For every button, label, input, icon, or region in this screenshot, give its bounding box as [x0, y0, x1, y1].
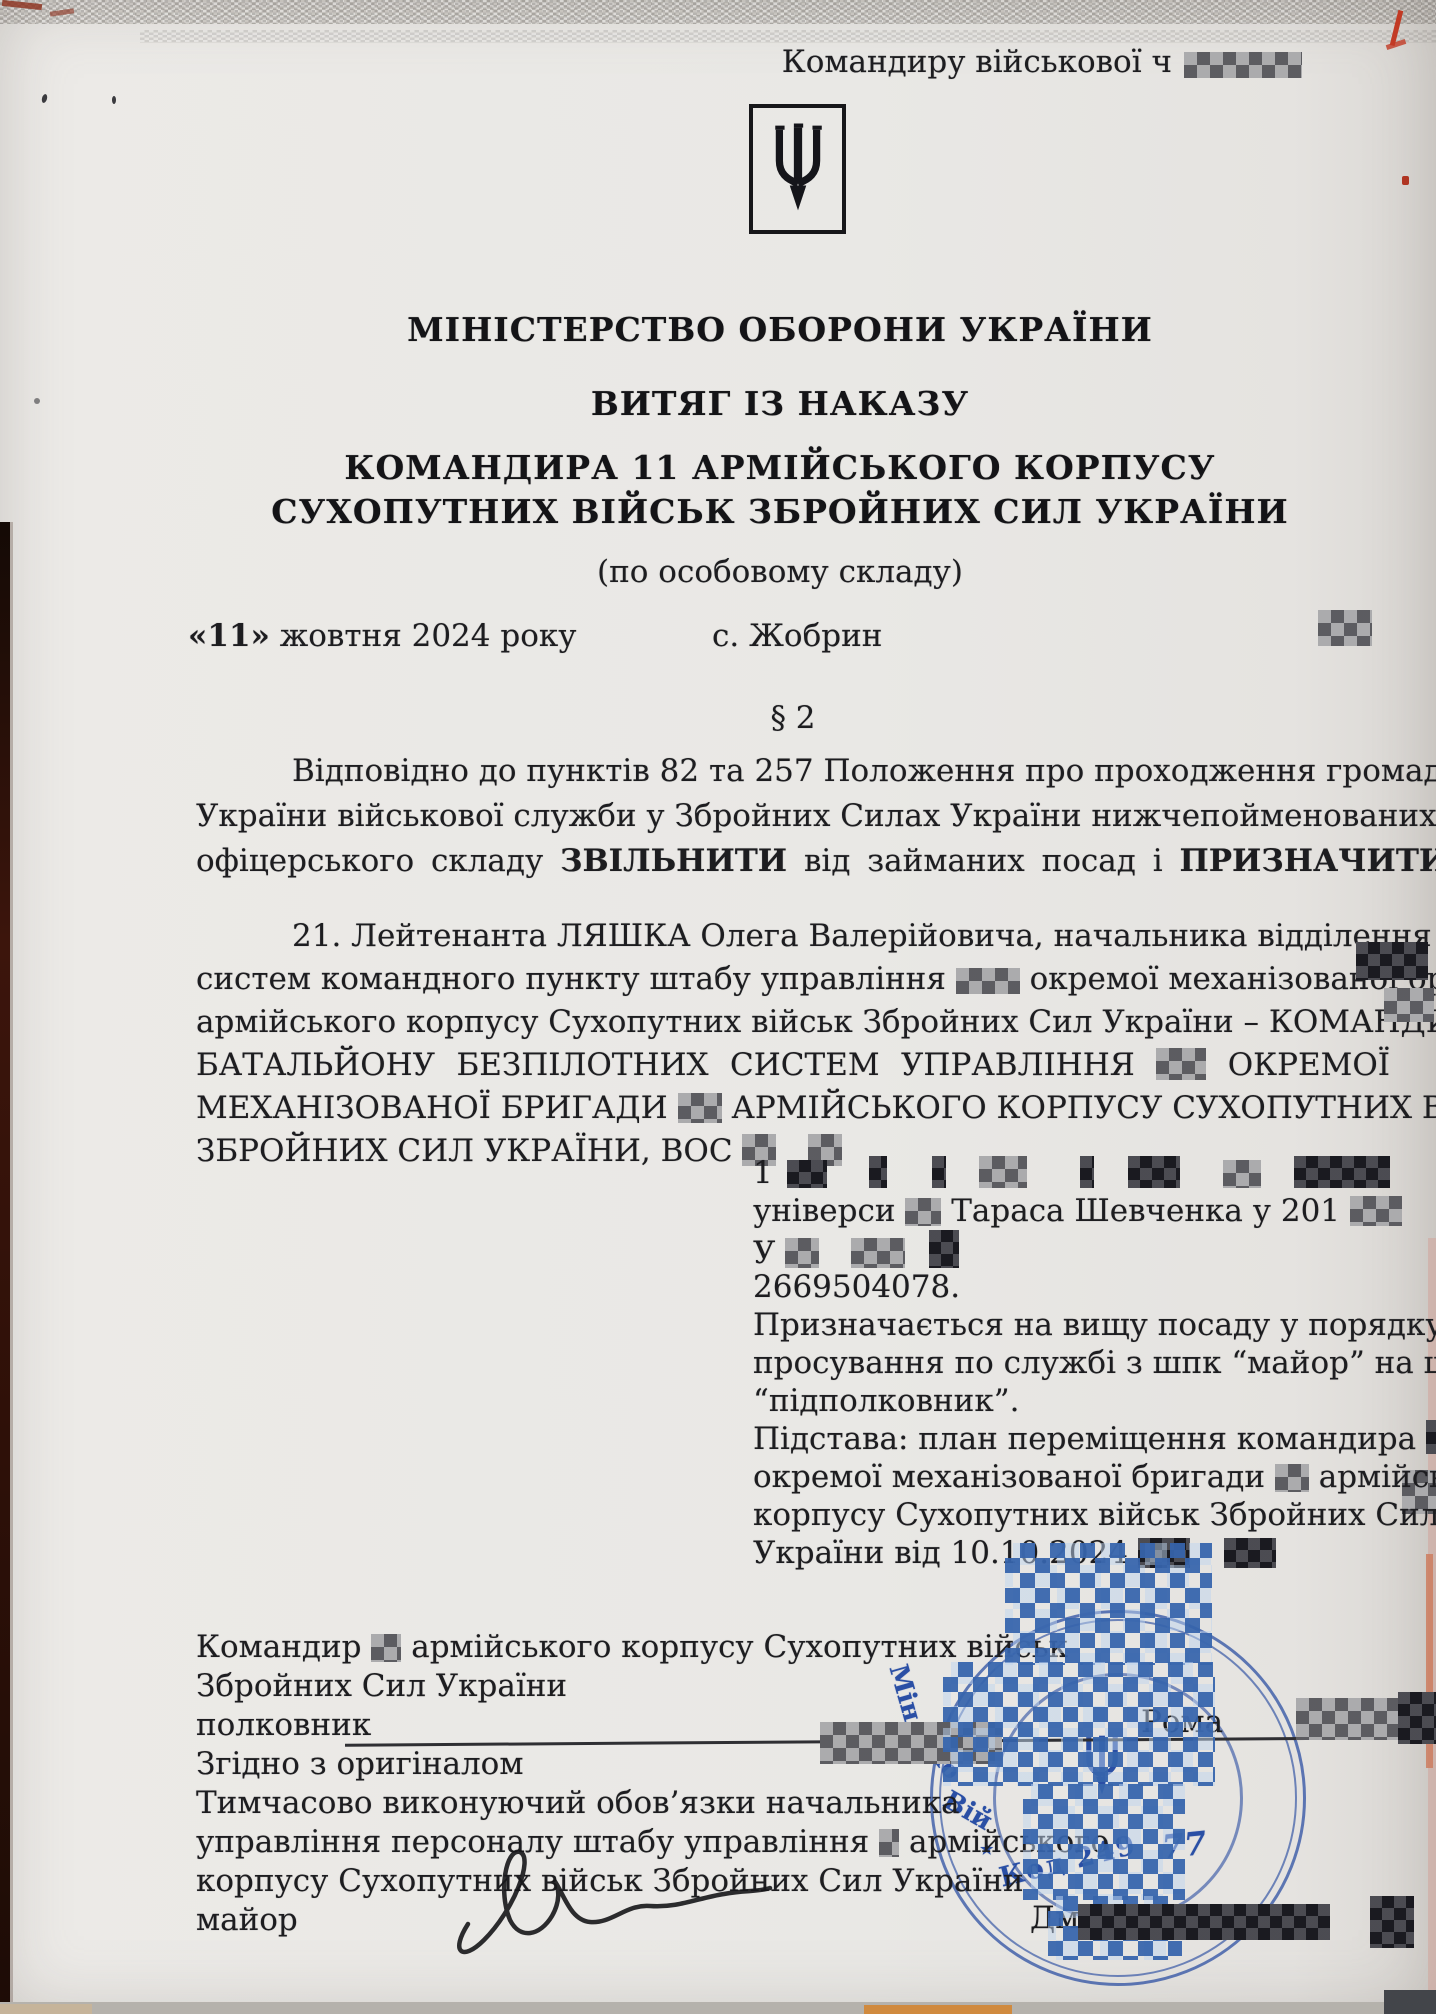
text-run: 2669504078.: [753, 1269, 960, 1305]
text-run: ПРИЗНАЧИТИ:: [1179, 843, 1436, 879]
text-run: Призначається на вищу посаду у порядку: [753, 1307, 1436, 1343]
redaction-margin: [1356, 942, 1428, 980]
redaction-certifier-name-end: [1370, 1896, 1414, 1948]
redaction-inline: [1294, 1156, 1390, 1188]
redaction-inline: [785, 1238, 819, 1268]
redaction-inline: [979, 1156, 1027, 1188]
redaction-stamp-blue: [1023, 1784, 1185, 1900]
spacer: [915, 1262, 919, 1263]
trident-icon: [767, 121, 829, 217]
note-line: Призначається на вищу посаду у порядку: [753, 1306, 1390, 1344]
text-run: офіцерського складу: [196, 843, 543, 879]
text-run: Тимчасово виконуючий обов’язки начальник…: [196, 1785, 960, 1821]
text-run: 21. Лейтенанта ЛЯШКА Олега Валерійовича,…: [292, 918, 1436, 954]
spacer: [1275, 1182, 1279, 1183]
order-item-line: армійського корпусу Сухопутних військ Зб…: [196, 1001, 1390, 1044]
text-run: ЗВІЛЬНИТИ: [560, 843, 787, 879]
scan-edge-bottom: [0, 2002, 1436, 2014]
redaction-stamp-blue: [943, 1662, 1215, 1786]
redaction-inline: [1080, 1156, 1094, 1188]
ministry-title: МІНІСТЕРСТВО ОБОРОНИ УКРАЇНИ: [90, 310, 1436, 349]
redaction-inline: [1426, 1420, 1436, 1454]
redaction-inline: [1223, 1160, 1261, 1188]
issuer-title-line1: КОМАНДИРА 11 АРМІЙСЬКОГО КОРПУСУ: [90, 448, 1436, 487]
order-item-line: МЕХАНІЗОВАНОЇ БРИГАДИ АРМІЙСЬКОГО КОРПУС…: [196, 1087, 1390, 1130]
scan-edge-left: [0, 522, 10, 2014]
order-date-rest: жовтня 2024 року: [270, 618, 577, 654]
scan-noise-band: [0, 0, 1436, 24]
redaction-inline: [1156, 1048, 1206, 1080]
redaction-certifier-name: [1078, 1904, 1330, 1940]
text-run: універси: [753, 1193, 895, 1229]
text-run: окремої механізованої бригади: [753, 1459, 1265, 1495]
scan-red-dot: [1402, 176, 1409, 185]
scan-edge-bottom-tan: [0, 2004, 92, 2014]
text-run: ОКРЕМОЇ: [1228, 1047, 1390, 1083]
text-run: корпусу Сухопутних військ Збройних Сил: [753, 1497, 1436, 1533]
intro-line: України військової служби у Збройних Сил…: [196, 794, 1390, 839]
text-run: армійського корпусу Сухопутних військ Зб…: [196, 1004, 1436, 1040]
order-item-line: систем командного пункту штабу управлінн…: [196, 958, 1390, 1001]
text-run: майор: [196, 1902, 298, 1938]
text-run: від займаних посад і: [804, 843, 1163, 879]
redaction-signer-name: [1296, 1698, 1398, 1740]
redaction-margin: [1384, 988, 1434, 1022]
text-run: “підполковник”.: [753, 1383, 1019, 1419]
intro-line: офіцерського складу ЗВІЛЬНИТИ від займан…: [196, 839, 1390, 884]
text-run: Тараса Шевченка у 201: [951, 1193, 1340, 1229]
intro-line: Відповідно до пунктів 82 та 257 Положенн…: [196, 749, 1390, 794]
redaction-addressee-unit: [1184, 52, 1302, 78]
note-line: 2669504078.: [753, 1268, 1390, 1306]
text-run: Відповідно до пунктів 82 та 257 Положенн…: [292, 753, 1436, 789]
scan-edge-bottom-orange: [864, 2005, 1012, 2014]
text-run: АРМІЙСЬКОГО КОРПУСУ СУХОПУТНИХ ВІЙСЬК: [731, 1090, 1436, 1126]
note-line: “підполковник”.: [753, 1382, 1390, 1420]
redaction-order-number: [1318, 610, 1372, 646]
redaction-inline: [787, 1160, 827, 1188]
order-place: с. Жобрин: [712, 618, 882, 654]
scan-edge-left-soft: [10, 522, 13, 2014]
spacer: [960, 1182, 964, 1183]
text-run: ЗБРОЙНИХ СИЛ УКРАЇНИ, ВОС: [196, 1133, 733, 1169]
text-run: армійського: [1319, 1459, 1436, 1495]
redaction-inline: [1128, 1156, 1180, 1188]
scan-speck: [112, 96, 116, 104]
spacer: [1194, 1182, 1208, 1183]
redaction-signer-name-end: [1398, 1692, 1436, 1744]
text-run: Збройних Сил України: [196, 1668, 567, 1704]
spacer: [901, 1182, 917, 1183]
section-mark: § 2: [196, 700, 1390, 736]
order-date: «11» жовтня 2024 року: [188, 618, 576, 654]
redaction-inline: [929, 1230, 959, 1268]
service-record-block: 1 універси Тараса Шевченка у 201 У 26695…: [753, 1154, 1390, 1572]
note-line: окремої механізованої бригади армійськог…: [753, 1458, 1390, 1496]
redaction-inline: [851, 1238, 905, 1268]
order-date-day: «11»: [188, 618, 270, 654]
scan-speck: [41, 94, 48, 104]
intro-paragraph: Відповідно до пунктів 82 та 257 Положенн…: [196, 749, 1390, 884]
redaction-inline: [932, 1156, 946, 1188]
text-run: систем командного пункту штабу управлінн…: [196, 961, 946, 997]
spacer: [1109, 1182, 1113, 1183]
note-line: просування по службі з шпк “майор” на шп…: [753, 1344, 1390, 1382]
redaction-inline: [869, 1156, 887, 1188]
text-run: України військової служби у Збройних Сил…: [196, 798, 1436, 834]
scan-speck: [34, 398, 40, 404]
text-run: полковник: [196, 1707, 371, 1743]
redaction-inline: [1224, 1538, 1276, 1568]
text-run: армійського корпусу Сухопутних військ: [411, 1629, 1068, 1665]
order-item-line: БАТАЛЬЙОНУ БЕЗПІЛОТНИХ СИСТЕМ УПРАВЛІННЯ…: [196, 1044, 1390, 1087]
subtitle-personnel: (по особовому складу): [90, 554, 1436, 590]
text-run: Підстава: план переміщення командира: [753, 1421, 1416, 1457]
note-line: універси Тараса Шевченка у 201: [753, 1192, 1390, 1230]
note-line: корпусу Сухопутних військ Збройних Сил: [753, 1496, 1390, 1534]
redaction-inline: [879, 1829, 899, 1857]
scanned-order-document: Командиру військової ч МІНІСТЕРСТВО ОБОР…: [0, 0, 1436, 2014]
handwritten-signature: [440, 1828, 800, 1982]
coat-of-arms-frame: [749, 104, 846, 234]
text-run: 1: [753, 1155, 773, 1191]
addressee-line: Командиру військової ч: [700, 44, 1172, 80]
issuer-title-line2: СУХОПУТНИХ ВІЙСЬК ЗБРОЙНИХ СИЛ УКРАЇНИ: [90, 492, 1436, 531]
note-line: 1: [753, 1154, 1390, 1192]
note-line: У: [753, 1230, 1390, 1268]
spacer: [829, 1262, 841, 1263]
spacer: [842, 1182, 854, 1183]
redaction-inline: [1275, 1464, 1309, 1492]
redaction-inline: [678, 1093, 722, 1123]
scan-edge-bottom-dark: [1384, 1990, 1436, 2014]
note-line: Підстава: план переміщення командира: [753, 1420, 1390, 1458]
text-run: МЕХАНІЗОВАНОЇ БРИГАДИ: [196, 1090, 668, 1126]
text-run: Згідно з оригіналом: [196, 1746, 523, 1782]
redaction-stamp-blue: [1005, 1543, 1212, 1665]
redaction-inline: [1350, 1196, 1402, 1226]
text-run: БАТАЛЬЙОНУ БЕЗПІЛОТНИХ СИСТЕМ УПРАВЛІННЯ: [196, 1047, 1135, 1083]
redaction-inline: [371, 1634, 401, 1662]
redaction-inline: [956, 968, 1020, 994]
text-run: У: [753, 1235, 775, 1271]
order-item-line: 21. Лейтенанта ЛЯШКА Олега Валерійовича,…: [196, 915, 1390, 958]
document-type-title: ВИТЯГ ІЗ НАКАЗУ: [90, 384, 1436, 423]
text-run: просування по службі з шпк “майор” на шп…: [753, 1345, 1436, 1381]
spacer: [1042, 1182, 1066, 1183]
order-item-21: 21. Лейтенанта ЛЯШКА Олега Валерійовича,…: [196, 915, 1390, 1173]
text-run: Командир: [196, 1629, 362, 1665]
scan-noise-band-2: [140, 30, 1436, 43]
redaction-inline: [905, 1198, 941, 1226]
